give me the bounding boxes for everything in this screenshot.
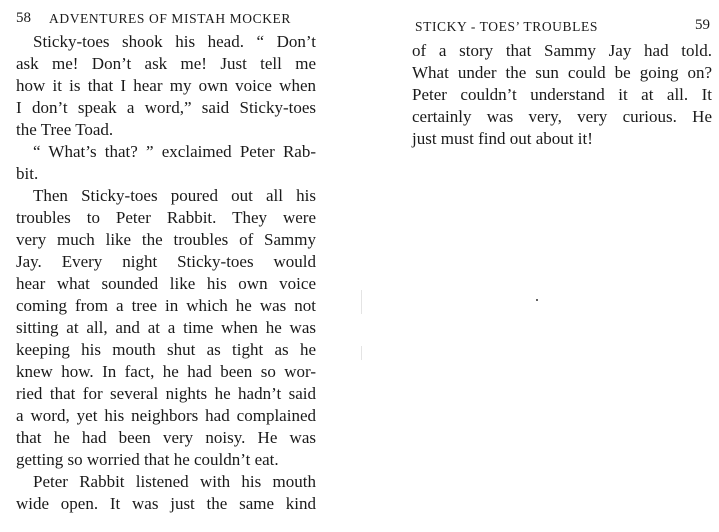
text-line: the Tree Toad.: [16, 119, 316, 141]
print-speck: [536, 299, 538, 301]
text-line: coming from a tree in which he was not: [16, 295, 316, 317]
right-page: STICKY - TOES’ TROUBLES 59 of a story th…: [360, 0, 719, 532]
text-line: Peter couldn’t understand it at all. It: [412, 84, 712, 106]
text-line: that he had been very noisy. He was: [16, 427, 316, 449]
text-line: how it is that I hear my own voice when: [16, 75, 316, 97]
text-line: I don’t speak a word,” said Sticky-toes: [16, 97, 316, 119]
text-line: just must find out about it!: [412, 128, 712, 150]
gutter-mark: [361, 290, 362, 314]
text-line: knew how. In fact, he had been so wor-: [16, 361, 316, 383]
gutter-mark: [361, 346, 362, 360]
text-line: getting so worried that he couldn’t eat.: [16, 449, 316, 471]
text-line: ried that for several nights he hadn’t s…: [16, 383, 316, 405]
text-line: troubles to Peter Rabbit. They were: [16, 207, 316, 229]
text-line: Then Sticky-toes poured out all his: [33, 185, 316, 207]
text-line: Sticky-toes shook his head. “ Don’t: [33, 31, 316, 53]
text-line: ask me! Don’t ask me! Just tell me: [16, 53, 316, 75]
running-head: ADVENTURES OF MISTAH MOCKER: [49, 11, 291, 27]
text-line: What under the sun could be going on?: [412, 62, 712, 84]
text-line: keeping his mouth shut as tight as he: [16, 339, 316, 361]
page-number: 59: [695, 17, 710, 34]
text-line: sitting at all, and at a time when he wa…: [16, 317, 316, 339]
text-line: “ What’s that? ” exclaimed Peter Rab-: [33, 141, 316, 163]
text-line: a word, yet his neighbors had complained: [16, 405, 316, 427]
text-line: very much like the troubles of Sammy: [16, 229, 316, 251]
text-line: bit.: [16, 163, 316, 185]
running-head: STICKY - TOES’ TROUBLES: [415, 19, 598, 35]
text-line: wide open. It was just the same kind: [16, 493, 316, 515]
page-number: 58: [16, 10, 31, 27]
text-line: Peter Rabbit listened with his mouth: [33, 471, 316, 493]
left-page: 58 ADVENTURES OF MISTAH MOCKER Sticky-to…: [0, 0, 360, 532]
text-line: Jay. Every night Sticky-toes would: [16, 251, 316, 273]
text-line: hear what sounded like his own voice: [16, 273, 316, 295]
text-line: of a story that Sammy Jay had told.: [412, 40, 712, 62]
text-line: certainly was very, very curious. He: [412, 106, 712, 128]
